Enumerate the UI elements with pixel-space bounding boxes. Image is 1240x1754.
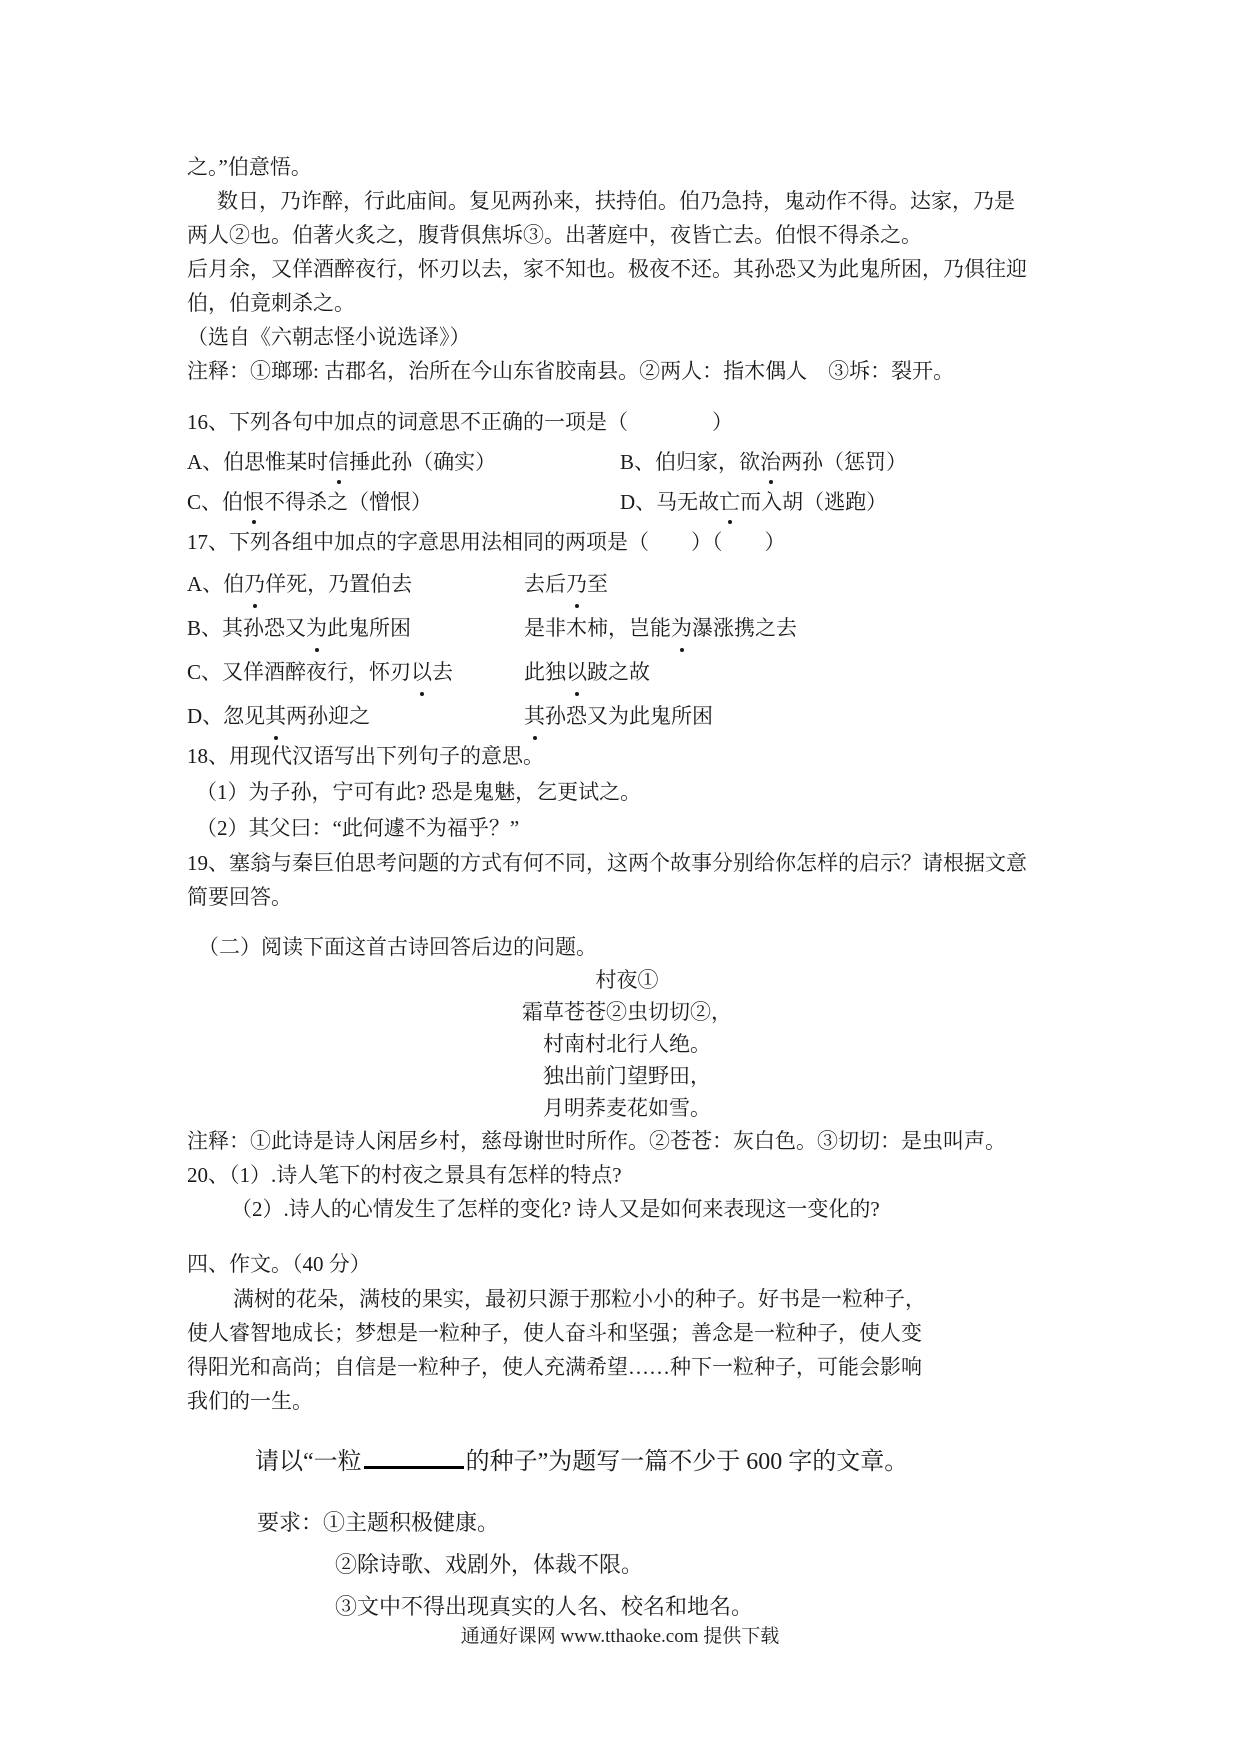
story-line: 两人②也。伯著火炙之，腹背俱焦坼③。出著庭中，夜皆亡去。伯恨不得杀之。	[187, 218, 1067, 252]
footer-watermark: 通通好课网 www.tthaoke.com 提供下载	[0, 1624, 1240, 1650]
text-segment: C、又佯酒醉夜行，怀刃	[187, 660, 411, 684]
question-20-item: （2）.诗人的心情发生了怎样的变化? 诗人又是如何来表现这一变化的?	[187, 1192, 1067, 1226]
text-segment: 两孙（惩罚）	[781, 450, 907, 474]
requirements-label: 要求：	[257, 1510, 323, 1535]
question-20-item: 20、（1）.诗人笔下的村夜之景具有怎样的特点?	[187, 1158, 1067, 1192]
option-17-a-right: 去后乃至	[524, 572, 608, 596]
text-segment: 佯死，乃置伯去	[265, 572, 412, 596]
question-19-line: 简要回答。	[187, 880, 1067, 914]
option-17-b-left: B、其孙恐又为此鬼所困	[187, 606, 524, 650]
text-segment: 去	[432, 660, 453, 684]
option-16-b: B、伯归家，欲治两孙（惩罚）	[620, 450, 907, 474]
poem-title: 村夜①	[187, 964, 1067, 996]
text-segment: 去后	[524, 572, 566, 596]
emphasis-dotted-char: 其	[265, 694, 286, 738]
text-segment: 是非木柿，岂能	[524, 616, 671, 640]
requirement-item: ①主题积极健康。	[323, 1510, 499, 1535]
text-segment: C、伯	[187, 490, 243, 514]
option-16-d: D、马无故亡而入胡（逃跑）	[620, 490, 887, 514]
requirement-item: ②除诗歌、戏剧外，体裁不限。	[187, 1544, 1067, 1586]
text-segment: 两孙迎之	[286, 704, 370, 728]
text-segment: 孙恐又为此鬼所困	[545, 704, 713, 728]
question-17-option-row: C、又佯酒醉夜行，怀刃以去此独以跛之故	[187, 650, 1067, 694]
text-segment: 捶此孙（确实）	[349, 450, 496, 474]
essay-intro-line: 我们的一生。	[187, 1384, 1067, 1418]
text-segment: 此独	[524, 660, 566, 684]
poem-annotations: 注释：①此诗是诗人闲居乡村，慈母谢世时所作。②苍苍：灰白色。③切切：是虫叫声。	[187, 1124, 1067, 1158]
poem-line: 村南村北行人绝。	[187, 1028, 1067, 1060]
text-segment: A、伯思惟某时	[187, 450, 328, 474]
text-segment: 不得杀之（憎恨）	[264, 490, 432, 514]
essay-intro-line: 得阳光和高尚；自信是一粒种子，使人充满希望……种下一粒种子，可能会影响	[187, 1350, 1067, 1384]
text-segment: 而入胡（逃跑）	[740, 490, 887, 514]
text-segment: B、伯归家，欲	[620, 450, 760, 474]
emphasis-dotted-char: 亡	[719, 482, 740, 522]
option-17-c-left: C、又佯酒醉夜行，怀刃以去	[187, 650, 524, 694]
poem-line: 霜草苍苍②虫切切②，	[187, 996, 1067, 1028]
question-18-item: （1）为子孙，宁可有此? 恐是鬼魅，乞更试之。	[187, 774, 1067, 810]
question-16-stem: 16、下列各句中加点的词意思不正确的一项是（ ）	[187, 402, 1067, 442]
essay-prompt-post: 的种子”为题写一篇不少于 600 字的文章。	[466, 1449, 909, 1475]
question-17-stem: 17、下列各组中加点的字意思用法相同的两项是（ ）（ ）	[187, 522, 1067, 562]
section-2-intro: （二）阅读下面这首古诗回答后边的问题。	[187, 930, 1067, 964]
story-line: 之。”伯意悟。	[187, 150, 1067, 184]
section-4-title: 四、作文。（40 分）	[187, 1246, 1067, 1282]
option-17-c-right: 此独以跛之故	[524, 660, 650, 684]
question-17-option-row: B、其孙恐又为此鬼所困是非木柿，岂能为瀑涨携之去	[187, 606, 1067, 650]
story-line: 数日，乃诈醉，行此庙间。复见两孙来，扶持伯。伯乃急持，鬼动作不得。达家，乃是	[187, 184, 1067, 218]
option-16-c: C、伯恨不得杀之（憎恨）	[187, 482, 620, 522]
exam-page: 之。”伯意悟。 数日，乃诈醉，行此庙间。复见两孙来，扶持伯。伯乃急持，鬼动作不得…	[0, 0, 1240, 1754]
story-annotations: 注释：①瑯琊: 古郡名，治所在今山东省胶南县。②两人：指木偶人 ③坼：裂开。	[187, 354, 1067, 388]
option-16-a: A、伯思惟某时信捶此孙（确实）	[187, 442, 620, 482]
story-line: 伯，伯竟刺杀之。	[187, 286, 1067, 320]
text-segment: 跛之故	[587, 660, 650, 684]
story-source: （选自《六朝志怪小说选译》）	[187, 320, 1067, 354]
text-segment: 瀑涨携之去	[692, 616, 797, 640]
emphasis-dotted-char: 以	[411, 650, 432, 694]
essay-intro-line: 使人睿智地成长；梦想是一粒种子，使人奋斗和坚强；善念是一粒种子，使人变	[187, 1316, 1067, 1350]
poem-line: 独出前门望野田，	[187, 1060, 1067, 1092]
requirements-row: 要求：①主题积极健康。	[187, 1502, 1067, 1544]
emphasis-dotted-char: 为	[306, 606, 327, 650]
emphasis-dotted-char: 治	[760, 442, 781, 482]
question-16-options-row: C、伯恨不得杀之（憎恨）D、马无故亡而入胡（逃跑）	[187, 482, 1067, 522]
text-segment: 此鬼所困	[327, 616, 411, 640]
emphasis-dotted-char: 乃	[566, 562, 587, 606]
text-segment: A、伯	[187, 572, 244, 596]
page-content: 之。”伯意悟。 数日，乃诈醉，行此庙间。复见两孙来，扶持伯。伯乃急持，鬼动作不得…	[187, 150, 1067, 1628]
emphasis-dotted-char: 信	[328, 442, 349, 482]
question-19-line: 19、塞翁与秦巨伯思考问题的方式有何不同，这两个故事分别给你怎样的启示？请根据文…	[187, 846, 1067, 880]
text-segment: D、马无故	[620, 490, 719, 514]
text-segment: B、其孙恐又	[187, 616, 306, 640]
text-segment: 至	[587, 572, 608, 596]
question-18-stem: 18、用现代汉语写出下列句子的意思。	[187, 738, 1067, 774]
option-17-d-left: D、忽见其两孙迎之	[187, 694, 524, 738]
story-line: 后月余，又佯酒醉夜行，怀刃以去，家不知也。极夜不还。其孙恐又为此鬼所困，乃俱往迎	[187, 252, 1067, 286]
emphasis-dotted-char: 其	[524, 694, 545, 738]
poem-line: 月明荞麦花如雪。	[187, 1092, 1067, 1124]
essay-prompt-pre: 请以“一粒	[255, 1449, 362, 1475]
emphasis-dotted-char: 恨	[243, 482, 264, 522]
emphasis-dotted-char: 以	[566, 650, 587, 694]
question-16-options-row: A、伯思惟某时信捶此孙（确实）B、伯归家，欲治两孙（惩罚）	[187, 442, 1067, 482]
emphasis-dotted-char: 乃	[244, 562, 265, 606]
question-18-item: （2）其父曰：“此何遽不为福乎？”	[187, 810, 1067, 846]
requirement-item: ③文中不得出现真实的人名、校名和地名。	[187, 1586, 1067, 1628]
essay-prompt: 请以“一粒的种子”为题写一篇不少于 600 字的文章。	[187, 1440, 1067, 1484]
essay-intro-line: 满树的花朵，满枝的果实，最初只源于那粒小小的种子。好书是一粒种子，	[187, 1282, 1067, 1316]
question-17-option-row: A、伯乃佯死，乃置伯去去后乃至	[187, 562, 1067, 606]
text-segment: D、忽见	[187, 704, 265, 728]
fill-in-blank-underline	[364, 1462, 464, 1469]
question-17-option-row: D、忽见其两孙迎之其孙恐又为此鬼所困	[187, 694, 1067, 738]
option-17-b-right: 是非木柿，岂能为瀑涨携之去	[524, 616, 797, 640]
option-17-a-left: A、伯乃佯死，乃置伯去	[187, 562, 524, 606]
emphasis-dotted-char: 为	[671, 606, 692, 650]
option-17-d-right: 其孙恐又为此鬼所困	[524, 704, 713, 728]
